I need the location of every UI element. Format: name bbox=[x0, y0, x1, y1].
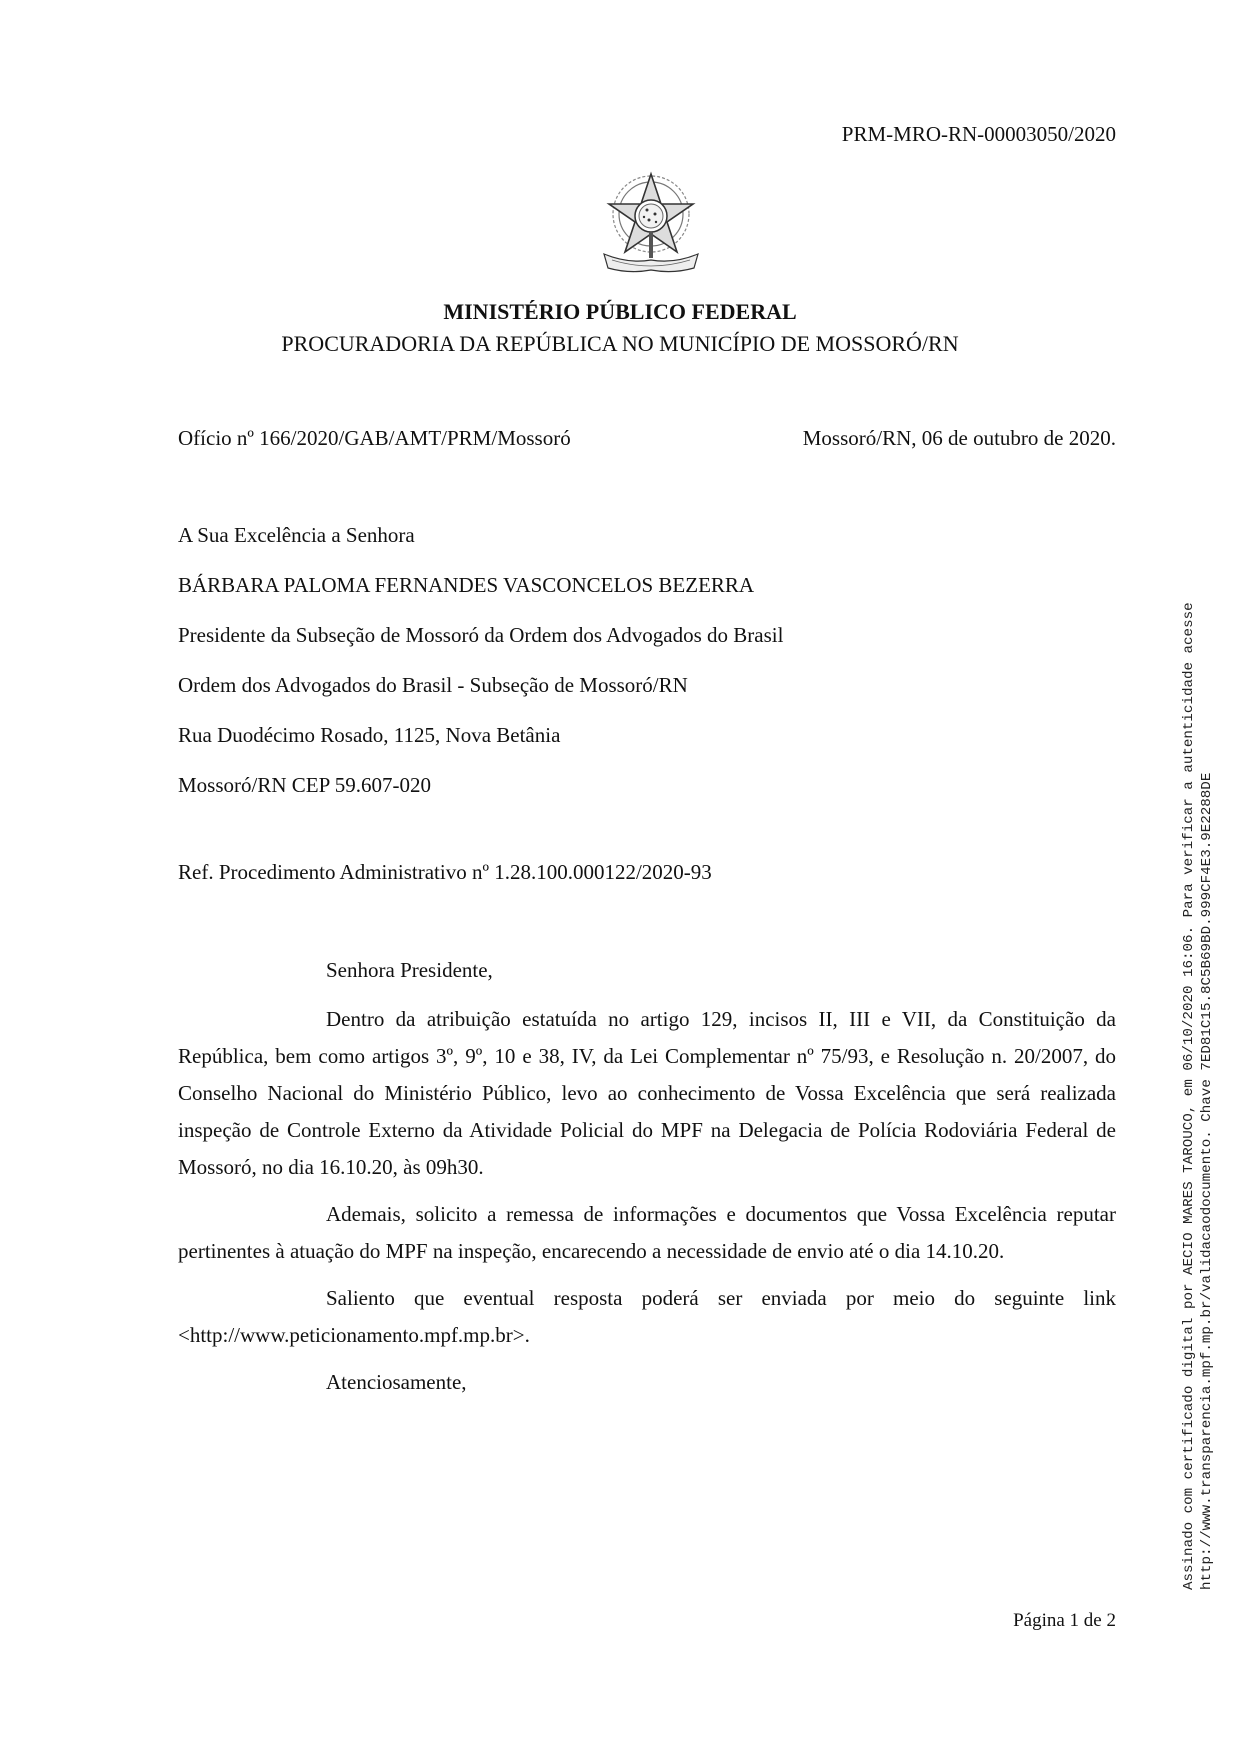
digital-signature-stamp: Assinado com certificado digital por AEC… bbox=[1180, 420, 1216, 1590]
letter-body: Senhora Presidente, Dentro da atribuição… bbox=[178, 952, 1116, 1411]
letterhead: MINISTÉRIO PÚBLICO FEDERAL PROCURADORIA … bbox=[0, 296, 1240, 360]
addressee-line: Presidente da Subseção de Mossoró da Ord… bbox=[178, 620, 783, 670]
oficio-line: Ofício nº 166/2020/GAB/AMT/PRM/Mossoró M… bbox=[178, 426, 1116, 451]
paragraph: Ademais, solicito a remessa de informaçõ… bbox=[178, 1196, 1116, 1270]
addressee-block: A Sua Excelência a Senhora BÁRBARA PALOM… bbox=[178, 520, 783, 820]
reference-line: Ref. Procedimento Administrativo nº 1.28… bbox=[178, 860, 712, 885]
signature-line: Assinado com certificado digital por AEC… bbox=[1180, 420, 1198, 1590]
salutation: Senhora Presidente, bbox=[178, 952, 1116, 989]
place-date: Mossoró/RN, 06 de outubro de 2020. bbox=[803, 426, 1116, 451]
page-number: Página 1 de 2 bbox=[1013, 1610, 1116, 1632]
oficio-number: Ofício nº 166/2020/GAB/AMT/PRM/Mossoró bbox=[178, 426, 571, 451]
brazil-coat-of-arms-icon bbox=[598, 168, 704, 276]
validation-link[interactable]: http://www.transparencia.mpf.mp.br/valid… bbox=[1198, 420, 1216, 1590]
addressee-line: Rua Duodécimo Rosado, 1125, Nova Betânia bbox=[178, 720, 783, 770]
paragraph: Saliento que eventual resposta poderá se… bbox=[178, 1280, 1116, 1354]
addressee-line: BÁRBARA PALOMA FERNANDES VASCONCELOS BEZ… bbox=[178, 570, 783, 620]
closing: Atenciosamente, bbox=[178, 1364, 1116, 1401]
addressee-line: Mossoró/RN CEP 59.607-020 bbox=[178, 770, 783, 820]
institution-name: MINISTÉRIO PÚBLICO FEDERAL bbox=[0, 296, 1240, 328]
addressee-line: Ordem dos Advogados do Brasil - Subseção… bbox=[178, 670, 783, 720]
office-name: PROCURADORIA DA REPÚBLICA NO MUNICÍPIO D… bbox=[0, 328, 1240, 360]
document-number: PRM-MRO-RN-00003050/2020 bbox=[842, 122, 1116, 147]
paragraph: Dentro da atribuição estatuída no artigo… bbox=[178, 1001, 1116, 1186]
addressee-line: A Sua Excelência a Senhora bbox=[178, 520, 783, 570]
